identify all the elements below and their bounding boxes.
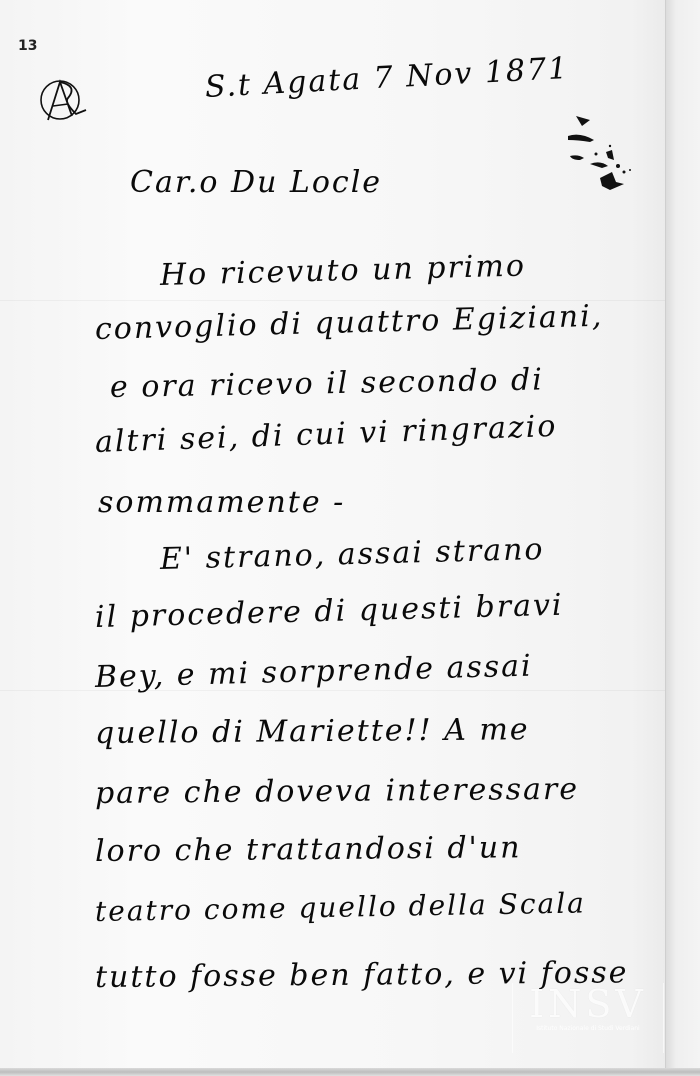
letter-line: teatro come quello della Scala bbox=[95, 886, 586, 928]
letter-line: convoglio di quattro Egiziani, bbox=[95, 299, 604, 347]
paper-edge-right bbox=[665, 0, 700, 1076]
watermark-logo: INSV bbox=[513, 983, 663, 1025]
letter-line: sommamente - bbox=[98, 485, 345, 520]
letter-place-date: S.t Agata 7 Nov 1871 bbox=[204, 51, 570, 105]
letter-line: loro che trattandosi d'un bbox=[95, 830, 522, 869]
letter-line: e ora ricevo il secondo di bbox=[110, 362, 544, 405]
letter-line: pare che doveva interessare bbox=[95, 772, 579, 811]
letter-line: altri sei, di cui vi ringrazio bbox=[94, 409, 558, 460]
folio-number: 13 bbox=[18, 38, 37, 54]
letter-line: Bey, e mi sorprende assai bbox=[95, 649, 534, 695]
letter-page: 13 S.t Agata 7 Nov 1871 Car.o Du Locle H… bbox=[0, 0, 700, 1076]
ink-blot-icon bbox=[560, 112, 650, 202]
watermark-subtitle: Istituto Nazionale di Studi Verdiani bbox=[513, 1025, 663, 1033]
monogram-stamp-icon bbox=[38, 76, 92, 126]
letter-line: Ho ricevuto un primo bbox=[160, 248, 527, 293]
letter-line: quello di Mariette!! A me bbox=[95, 712, 530, 751]
letter-salutation: Car.o Du Locle bbox=[130, 165, 382, 200]
institute-watermark: INSV Istituto Nazionale di Studi Verdian… bbox=[512, 983, 664, 1053]
letter-line: E' strano, assai strano bbox=[160, 532, 545, 577]
paper-edge-bottom bbox=[0, 1068, 700, 1076]
letter-line: il procedere di questi bravi bbox=[95, 588, 564, 635]
